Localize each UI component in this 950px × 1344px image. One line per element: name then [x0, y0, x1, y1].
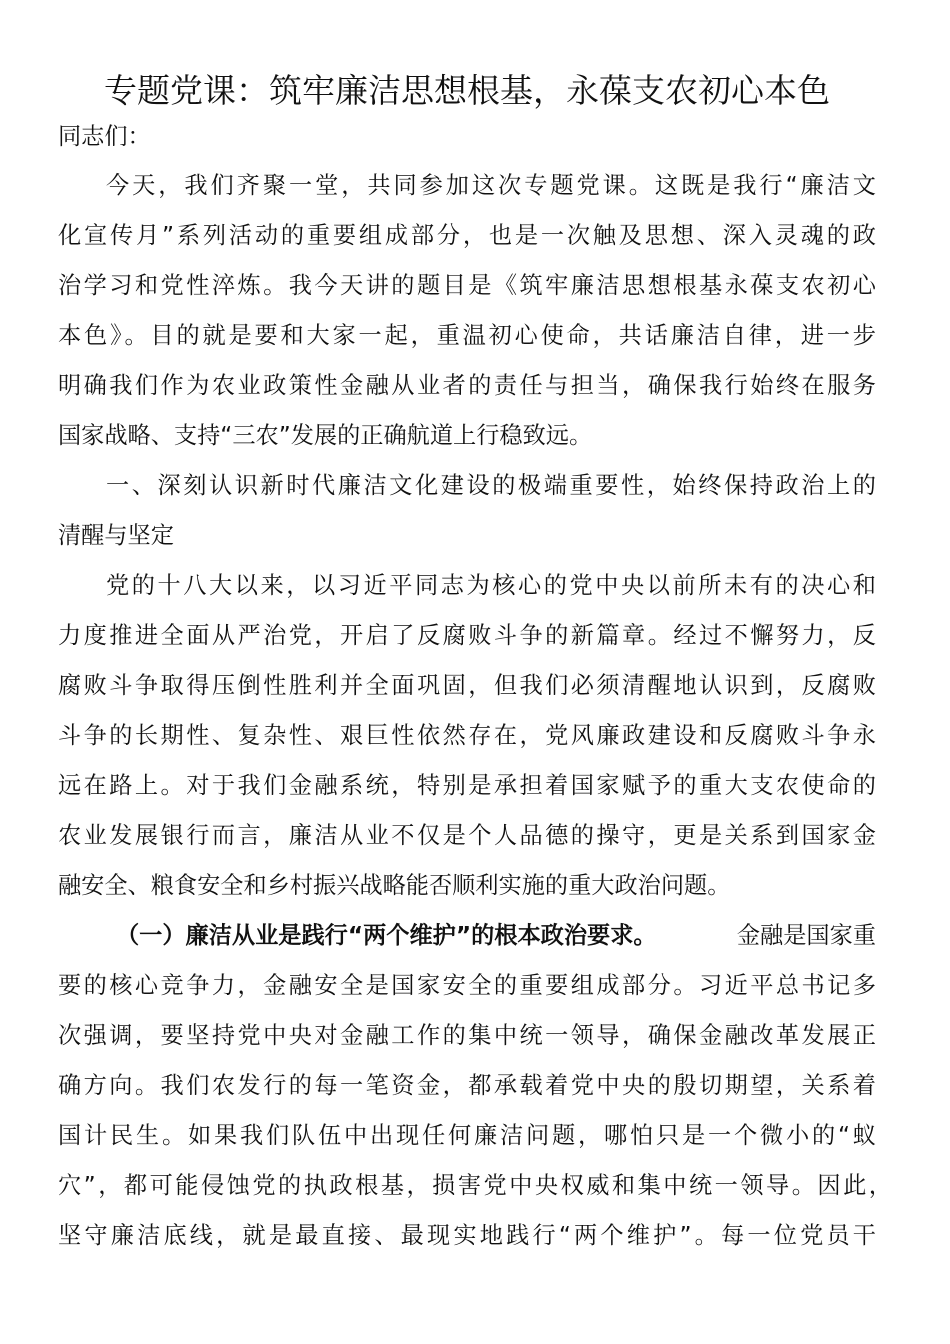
- section-heading-line: 清醒与坚定: [58, 511, 876, 561]
- paragraph-line: 明确我们作为农业政策性金融从业者的责任与担当，确保我行始终在服务: [58, 361, 876, 411]
- paragraph-line: 力度推进全面从严治党，开启了反腐败斗争的新篇章。经过不懈努力，反: [58, 611, 876, 661]
- paragraph-line: 确方向。我们农发行的每一笔资金，都承载着党中央的殷切期望，关系着: [58, 1061, 876, 1111]
- paragraph-line: 党的十八大以来，以习近平同志为核心的党中央以前所未有的决心和: [58, 561, 876, 611]
- paragraph-line: 治学习和党性淬炼。我今天讲的题目是《筑牢廉洁思想根基永葆支农初心: [58, 261, 876, 311]
- paragraph-line: 次强调，要坚持党中央对金融工作的集中统一领导，确保金融改革发展正: [58, 1011, 876, 1061]
- section-heading-line: 一、深刻认识新时代廉洁文化建设的极端重要性，始终保持政治上的: [58, 461, 876, 511]
- document-title: 专题党课：筑牢廉洁思想根基，永葆支农初心本色: [58, 66, 876, 116]
- subsection-lead-text: 金融是国家重: [737, 911, 876, 961]
- salutation: 同志们：: [58, 112, 876, 162]
- paragraph-line: 远在路上。对于我们金融系统，特别是承担着国家赋予的重大支农使命的: [58, 761, 876, 811]
- paragraph-line: 穴”，都可能侵蚀党的执政根基，损害党中央权威和集中统一领导。因此，: [58, 1161, 892, 1211]
- paragraph-line: 农业发展银行而言，廉洁从业不仅是个人品德的操守，更是关系到国家金: [58, 811, 876, 861]
- paragraph-line: 腐败斗争取得压倒性胜利并全面巩固，但我们必须清醒地认识到，反腐败: [58, 661, 876, 711]
- paragraph-line: 要的核心竞争力，金融安全是国家安全的重要组成部分。习近平总书记多: [58, 961, 876, 1011]
- paragraph-line: 国家战略、支持“三农”发展的正确航道上行稳致远。: [58, 411, 876, 461]
- paragraph-line: 国计民生。如果我们队伍中出现任何廉洁问题，哪怕只是一个微小的“蚁: [58, 1111, 876, 1161]
- subsection-first-line: （一）廉洁从业是践行“两个维护”的根本政治要求。 金融是国家重: [58, 911, 876, 961]
- document-page: 专题党课：筑牢廉洁思想根基，永葆支农初心本色 同志们： 今天，我们齐聚一堂，共同…: [0, 0, 950, 1344]
- paragraph-line: 融安全、粮食安全和乡村振兴战略能否顺利实施的重大政治问题。: [58, 861, 876, 911]
- paragraph-line: 本色》。目的就是要和大家一起，重温初心使命，共话廉洁自律，进一步: [58, 311, 876, 361]
- paragraph-line: 斗争的长期性、复杂性、艰巨性依然存在，党风廉政建设和反腐败斗争永: [58, 711, 876, 761]
- subsection-heading: （一）廉洁从业是践行“两个维护”的根本政治要求。: [116, 911, 657, 961]
- paragraph-line: 坚守廉洁底线，就是最直接、最现实地践行“两个维护”。每一位党员干: [58, 1211, 876, 1261]
- paragraph-line: 今天，我们齐聚一堂，共同参加这次专题党课。这既是我行“廉洁文: [58, 161, 876, 211]
- paragraph-line: 化宣传月”系列活动的重要组成部分，也是一次触及思想、深入灵魂的政: [58, 211, 876, 261]
